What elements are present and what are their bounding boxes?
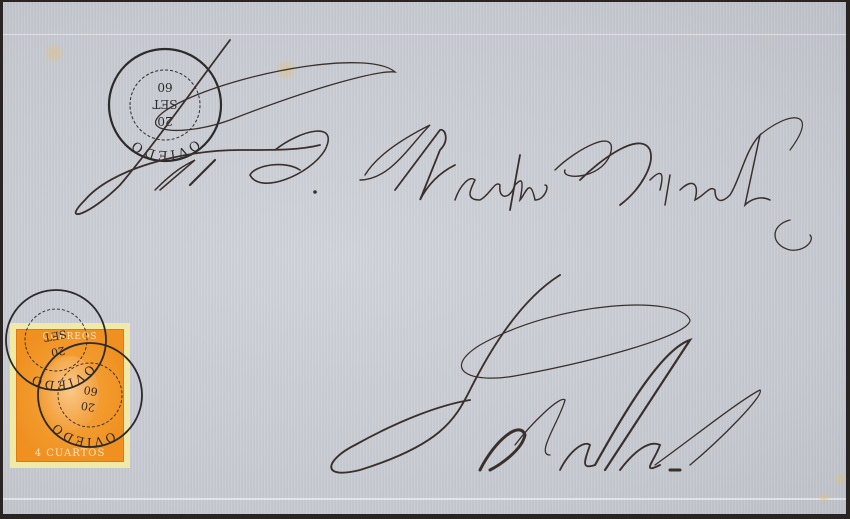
postmark-month: SET [153,97,178,111]
cancel-day: 20 [50,344,66,359]
cancel-year: 60 [83,383,99,398]
ink-layer: OVIEDO 20 SET 60 OVIEDO 20 SET OVIEDO 20… [0,0,850,519]
handwriting-address-line2 [331,275,760,473]
postmark-town: OVIEDO [128,136,203,162]
cancel-town: OVIEDO [46,418,120,454]
svg-text:OVIEDO: OVIEDO [128,136,203,162]
svg-text:OVIEDO: OVIEDO [46,418,120,454]
postmark-year: 60 [157,80,172,94]
cancel-day: 20 [80,399,96,414]
stamp-cancel-2: OVIEDO 20 60 [29,335,150,458]
cancel-month: SET [42,327,67,344]
stamp-cancel-1: OVIEDO 20 SET [0,282,114,400]
postmark-top: OVIEDO 20 SET 60 [109,49,221,162]
